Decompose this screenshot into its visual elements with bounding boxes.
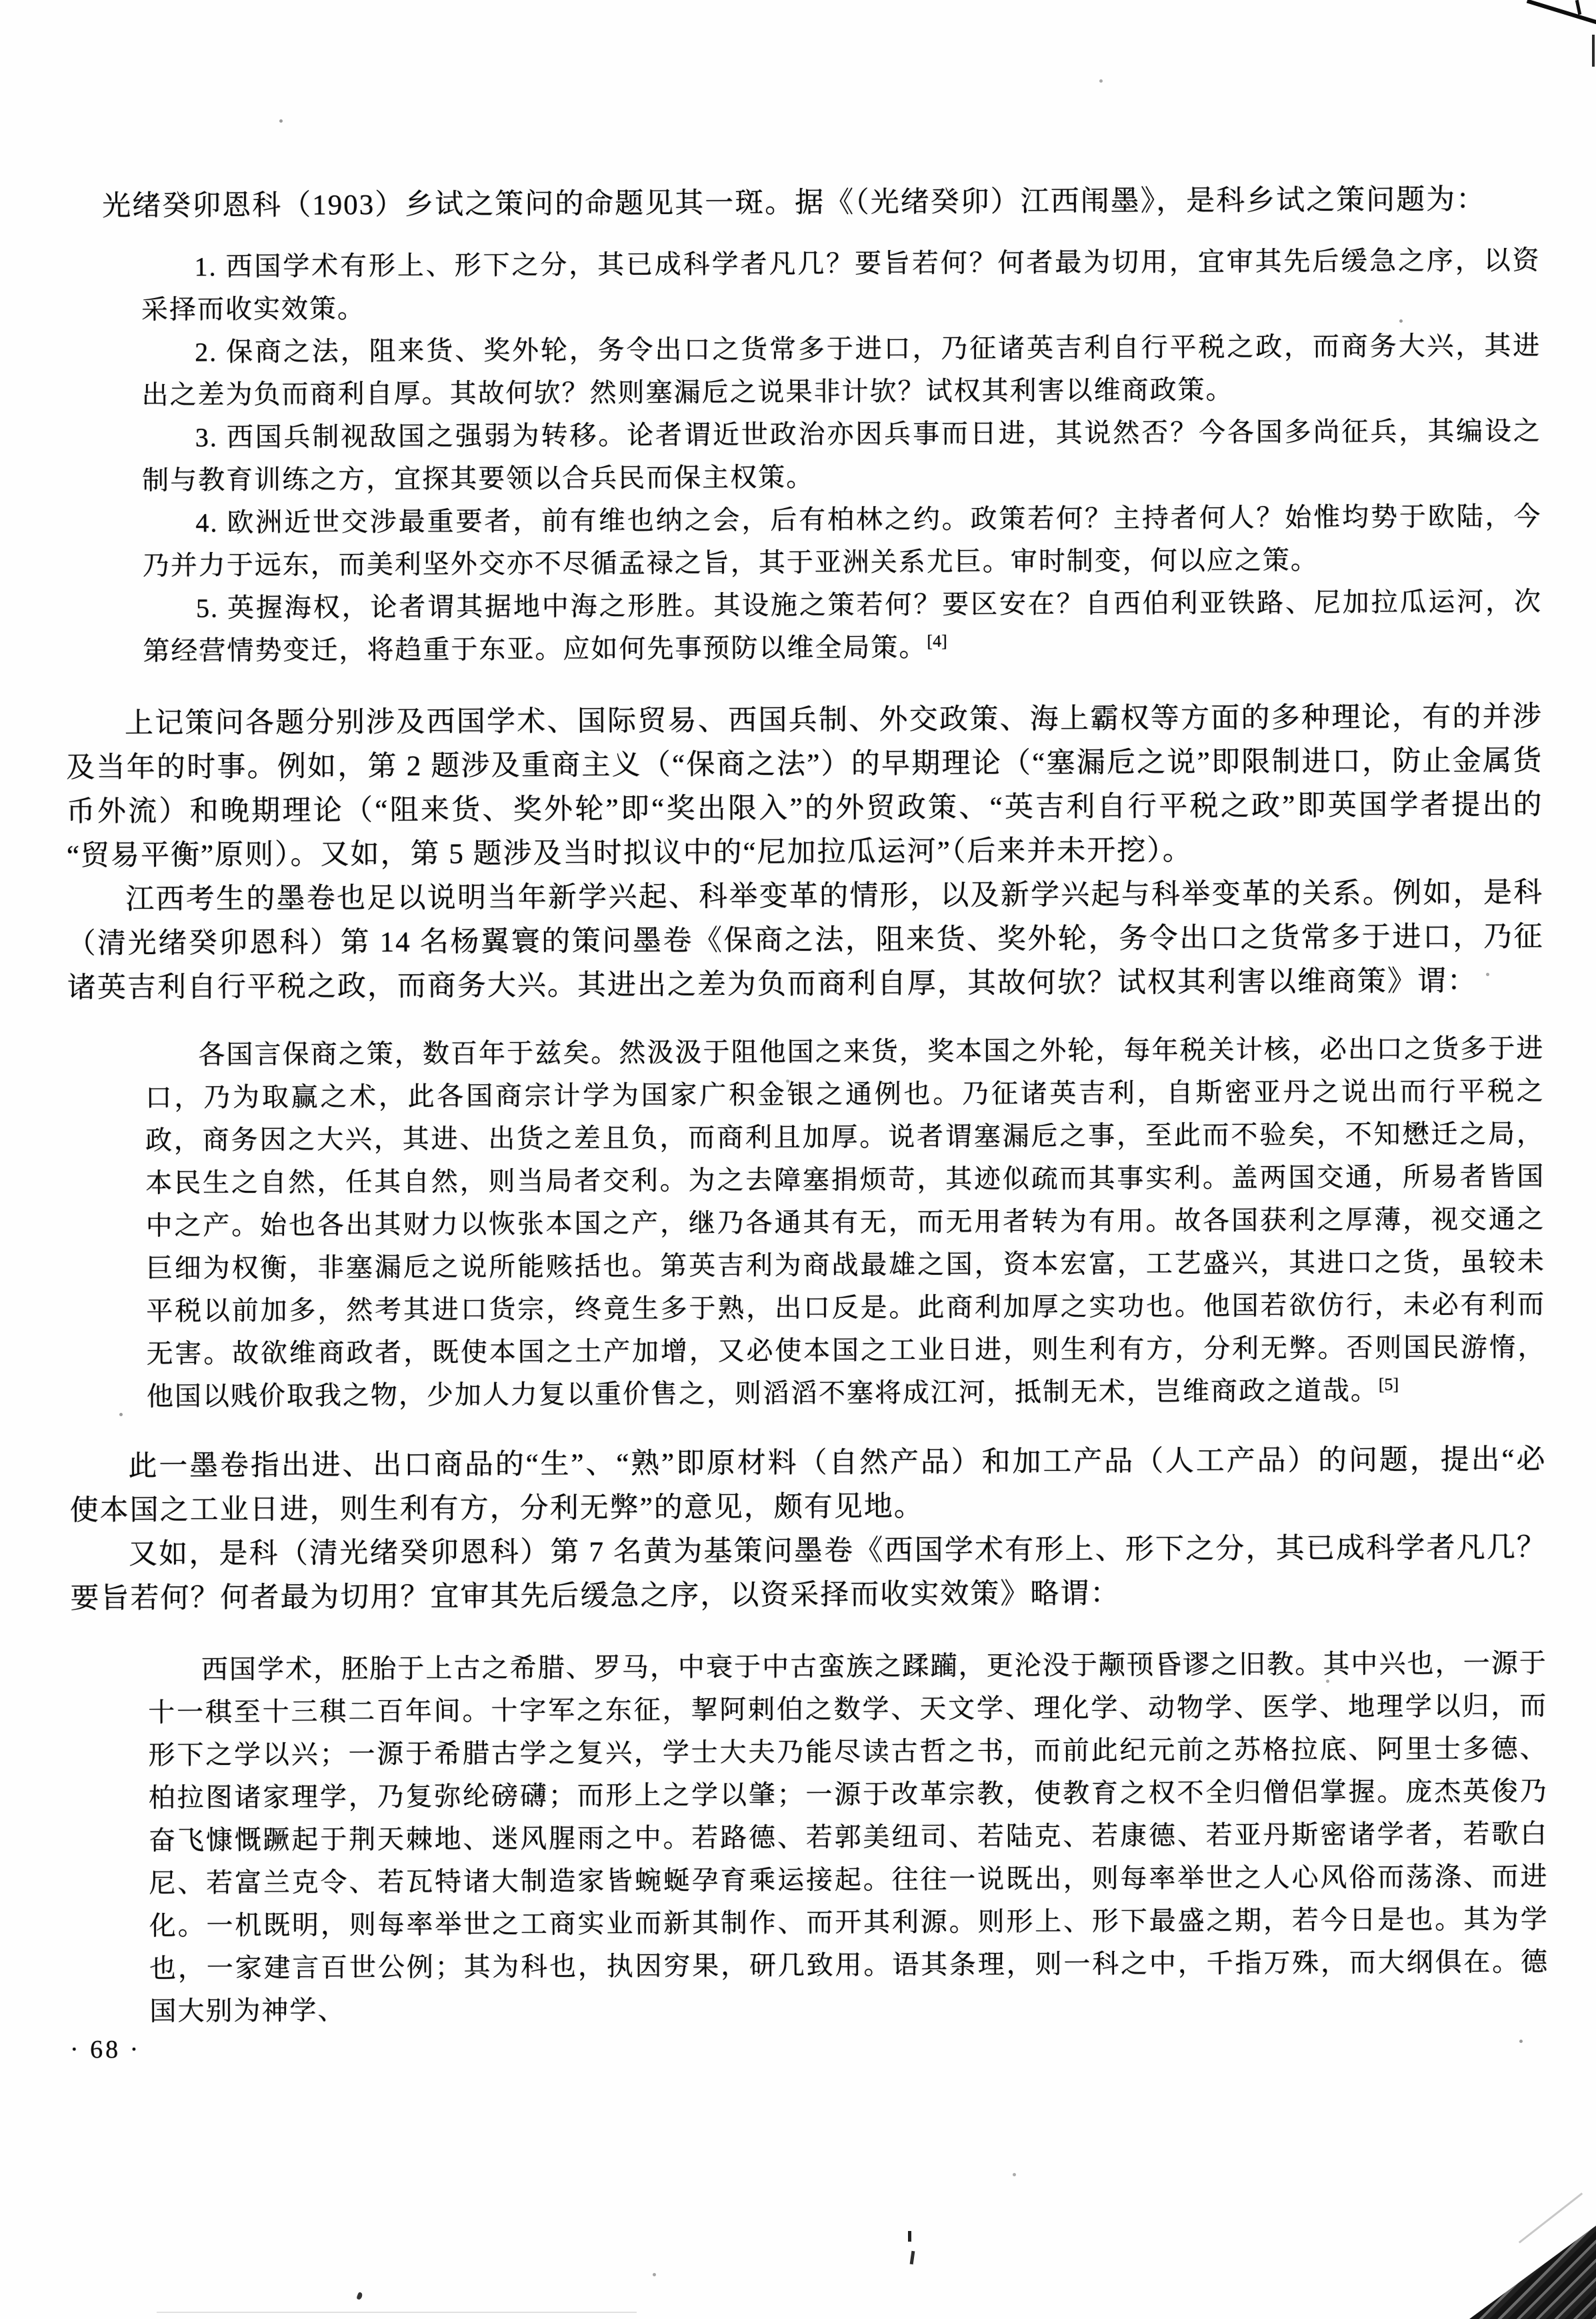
quote-xiguo-block: 西国学术，胚胎于上古之希腊、罗马，中衰于中古蛮族之蹂躏，更沦没于颟顸昏谬之旧教。… [148, 1642, 1549, 2033]
scan-artifact-corner-streak [1519, 2192, 1583, 2243]
quote-baoshang: 各国言保商之策，数百年于兹矣。然汲汲于阻他国之来货，奖本国之外轮，每年税关计核，… [145, 1027, 1546, 1418]
scan-artifact-corner-smudge [1469, 2226, 1596, 2319]
exam-question-list: 1. 西国学术有形上、形下之分，其已成科学者凡几？要旨若何？何者最为切用，宜审其… [141, 239, 1542, 673]
jiangxi-paragraph: 江西考生的墨卷也足以说明当年新学兴起、科举变革的情形，以及新学兴起与科举变革的关… [67, 871, 1544, 1011]
scan-artifact-bottom-tick [356, 2292, 363, 2300]
exam-question-3: 3. 西国兵制视敌国之强弱为转移。论者谓近世政治亦因兵事而日进，其说然否？今各国… [142, 410, 1542, 502]
exam-question-4: 4. 欧洲近世交涉最重要者，前有维也纳之会，后有柏林之约。政策若何？主持者何人？… [142, 495, 1542, 587]
quote-baoshang-text: 各国言保商之策，数百年于兹矣。然汲汲于阻他国之来货，奖本国之外轮，每年税关计核，… [145, 1033, 1546, 1412]
exam-question-2: 2. 保商之法，阻来货、奖外轮，务令出口之货常多于进口，乃征诸英吉利自行平税之政… [141, 325, 1541, 417]
exam-question-5: 5. 英握海权，论者谓其据地中海之形胜。其设施之策若何？要区安在？自西伯利亚铁路… [143, 581, 1543, 673]
page-text-block: 光绪癸卯恩科（1903）乡试之策问的命题见其一斑。据《（光绪癸卯）江西闱墨》，是… [63, 178, 1549, 2034]
page-number: · 68 · [70, 2035, 141, 2064]
analysis-paragraphs: 上记策问各题分别涉及西国学术、国际贸易、西国兵制、外交政策、海上霸权等方面的多种… [66, 695, 1544, 1011]
quote-baoshang-block: 各国言保商之策，数百年于兹矣。然汲汲于阻他国之来货，奖本国之外轮，每年税关计核，… [145, 1027, 1546, 1418]
scan-artifact-bottom-dash-2 [910, 2251, 915, 2265]
scan-noise-specks [0, 0, 2, 2]
overview-paragraph: 上记策问各题分别涉及西国学术、国际贸易、西国兵制、外交政策、海上霸权等方面的多种… [66, 695, 1543, 879]
footnote-ref-4: [4] [927, 631, 947, 651]
scan-artifact-top-right-line [1527, 0, 1596, 26]
scan-artifact-right-edge [1592, 35, 1595, 67]
intro-paragraph: 光绪癸卯恩科（1903）乡试之策问的命题见其一斑。据《（光绪癸卯）江西闱墨》，是… [63, 178, 1540, 229]
footnote-ref-5: [5] [1379, 1375, 1399, 1394]
huang-paragraph: 又如，是科（清光绪癸卯恩科）第 7 名黄为基策问墨卷《西国学术有形上、形下之分，… [70, 1526, 1547, 1622]
quote-xiguo: 西国学术，胚胎于上古之希腊、罗马，中衰于中古蛮族之蹂躏，更沦没于颟顸昏谬之旧教。… [148, 1642, 1549, 2033]
scan-artifact-top-right-hook [1575, 0, 1581, 15]
comment-paragraphs: 此一墨卷指出进、出口商品的“生”、“熟”即原材料（自然产品）和加工产品（人工产品… [69, 1438, 1547, 1622]
comment-paragraph: 此一墨卷指出进、出口商品的“生”、“熟”即原材料（自然产品）和加工产品（人工产品… [69, 1438, 1547, 1534]
scan-artifact-bottom-line [157, 2312, 637, 2313]
scan-artifact-bottom-dash-1 [908, 2231, 911, 2242]
scanned-book-page: 光绪癸卯恩科（1903）乡试之策问的命题见其一斑。据《（光绪癸卯）江西闱墨》，是… [0, 0, 1596, 2319]
exam-question-1: 1. 西国学术有形上、形下之分，其已成科学者凡几？要旨若何？何者最为切用，宜审其… [141, 239, 1541, 331]
exam-question-5-text: 5. 英握海权，论者谓其据地中海之形胜。其设施之策若何？要区安在？自西伯利亚铁路… [143, 587, 1542, 666]
